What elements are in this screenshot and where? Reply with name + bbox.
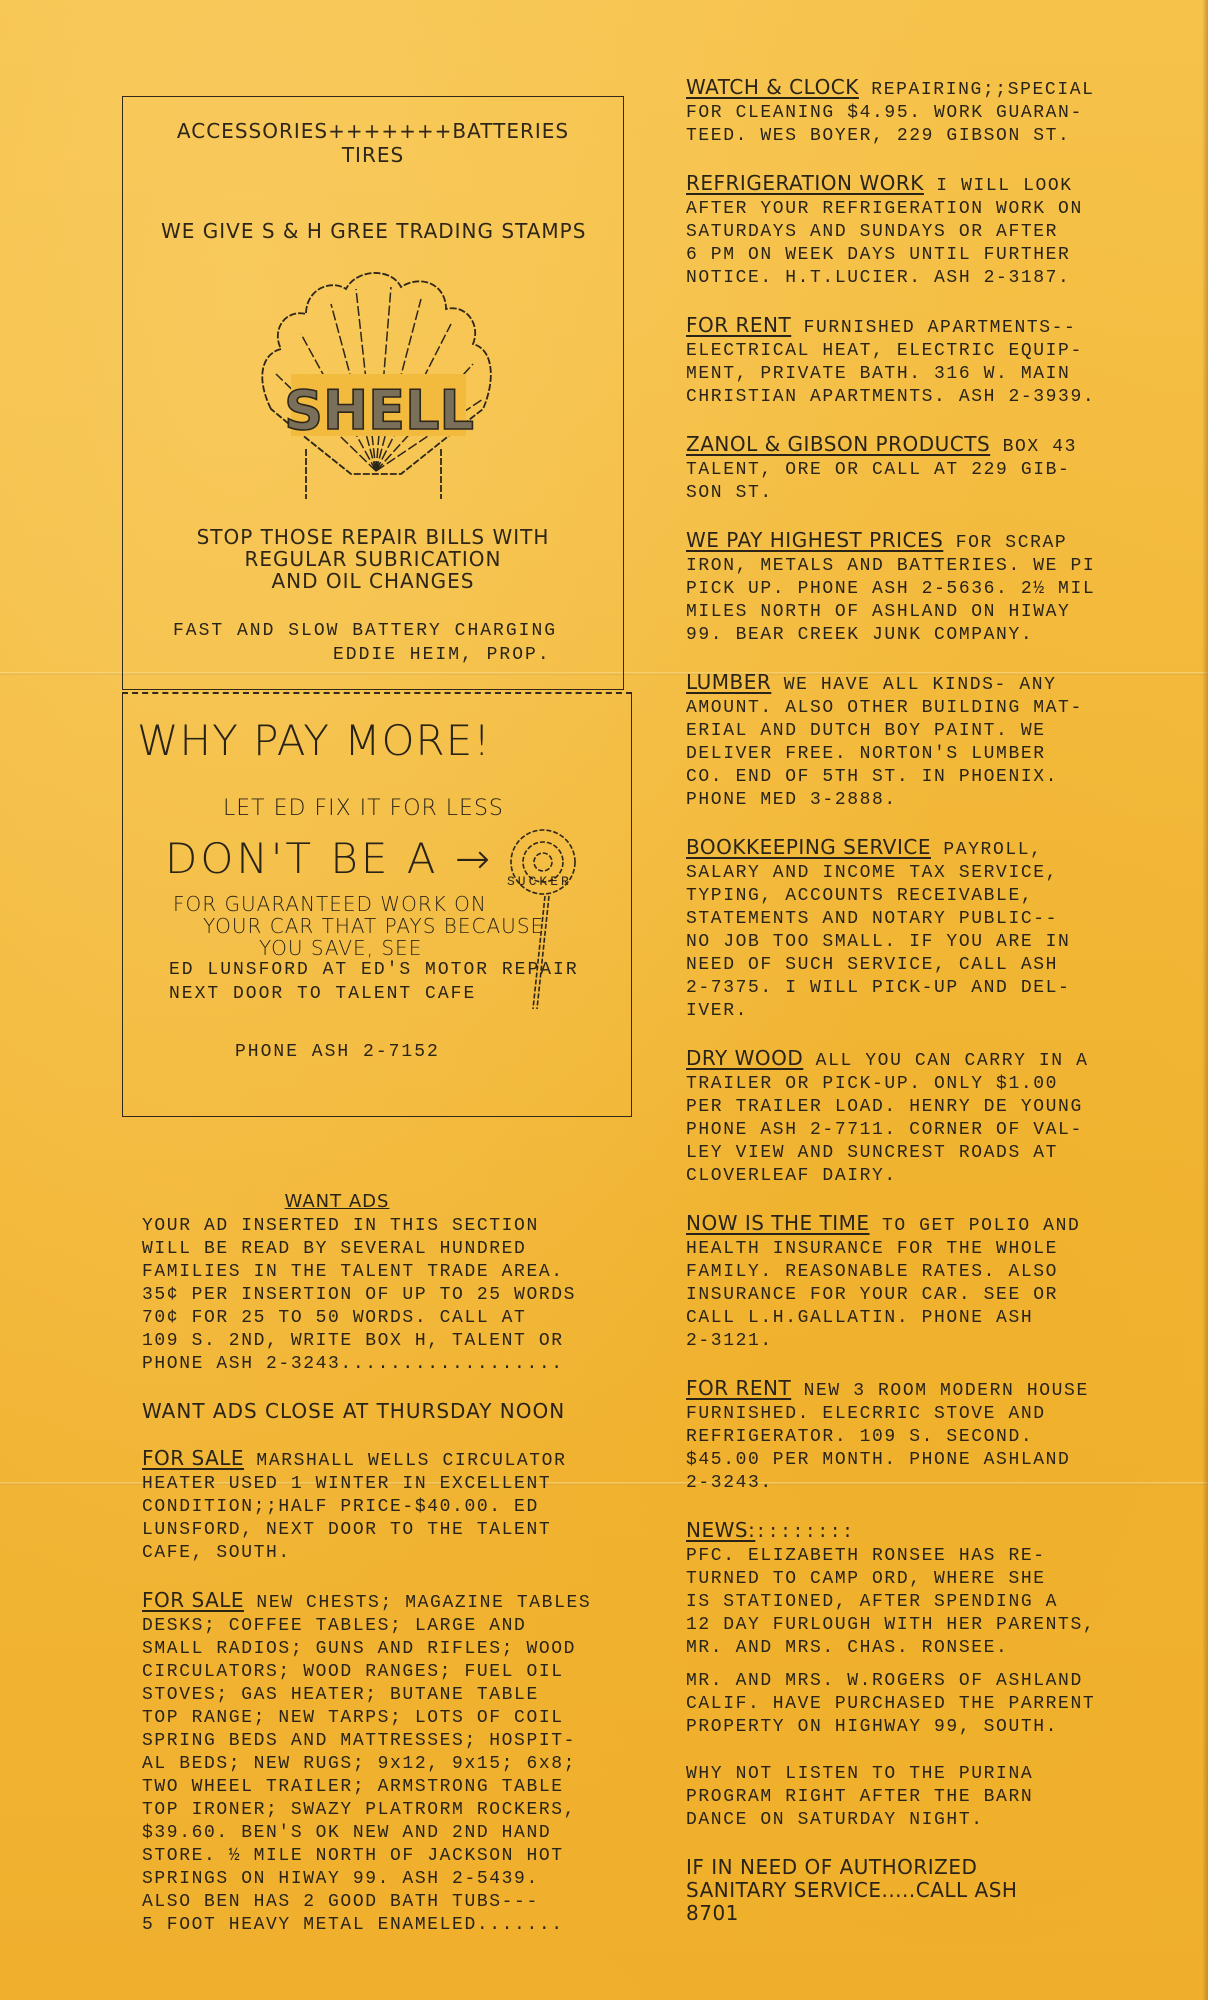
classified-ad: BOOKKEEPING SERVICE PAYROLL, SALARY AND … [686,836,1186,1023]
news-item: MR. AND MRS. W.ROGERS OF ASHLAND CALIF. … [686,1670,1186,1739]
want-ads-title: WANT ADS [142,1190,652,1213]
want-ads-deadline: WANT ADS CLOSE AT THURSDAY NOON [142,1400,652,1423]
shell-logo-icon: SHELL [251,259,501,499]
you-save-line: YOU SAVE, SEE [259,936,422,960]
classified-ad: FOR SALE MARSHALL WELLS CIRCULATOR HEATE… [142,1447,652,1565]
ad-heading: NOW IS THE TIME [686,1211,870,1235]
classified-ad: FOR RENT NEW 3 ROOM MODERN HOUSE FURNISH… [686,1377,1186,1495]
phone-line: PHONE ASH 2-7152 [235,1042,440,1062]
ad-text: PAYROLL, SALARY AND INCOME TAX SERVICE, … [686,840,1070,1021]
want-ads-section: WANT ADS YOUR AD INSERTED IN THIS SECTIO… [142,1190,652,1961]
ad-heading: REFRIGERATION WORK [686,171,924,195]
ad-text: TO GET POLIO AND HEALTH INSURANCE FOR TH… [686,1216,1080,1351]
ad-heading: LUMBER [686,670,771,694]
paper-edge [1202,0,1208,2000]
next-door-line: NEXT DOOR TO TALENT CAFE [169,984,476,1004]
news-item: WHY NOT LISTEN TO THE PURINA PROGRAM RIG… [686,1763,1186,1832]
ad-heading: FOR SALE [142,1588,244,1612]
shell-station-ad: ACCESSORIES+++++++BATTERIES TIRES WE GIV… [122,96,624,690]
let-ed-fix-line: LET ED FIX IT FOR LESS [223,796,504,821]
eds-motor-repair-ad: WHY PAY MORE! LET ED FIX IT FOR LESS DON… [122,692,632,1117]
classified-ad: ZANOL & GIBSON PRODUCTS BOX 43 TALENT, O… [686,433,1186,505]
classified-ad: WATCH & CLOCK REPAIRING;;SPECIAL FOR CLE… [686,76,1186,148]
want-ads-intro: YOUR AD INSERTED IN THIS SECTION WILL BE… [142,1215,652,1376]
dont-be-a-line: DON'T BE A → [165,834,493,883]
guaranteed-work-line: FOR GUARANTEED WORK ON [173,892,487,916]
ad-text: ALL YOU CAN CARRY IN A TRAILER OR PICK-U… [686,1051,1089,1186]
classified-column-right: WATCH & CLOCK REPAIRING;;SPECIAL FOR CLE… [686,76,1186,1949]
trading-stamps-line: WE GIVE S & H GREE TRADING STAMPS [143,219,623,243]
proprietor-line: EDDIE HEIM, PROP. [333,645,551,665]
classified-ad: REFRIGERATION WORK I WILL LOOK AFTER YOU… [686,172,1186,290]
battery-charging-line: FAST AND SLOW BATTERY CHARGING [173,621,557,641]
ed-lunsford-line: ED LUNSFORD AT ED'S MOTOR REPAIR [169,960,579,980]
ad-heading: FOR RENT [686,313,791,337]
classified-ad: LUMBER WE HAVE ALL KINDS- ANY AMOUNT. AL… [686,671,1186,812]
ad-heading: FOR SALE [142,1446,244,1470]
ad-heading: ZANOL & GIBSON PRODUCTS [686,432,990,456]
news-dots: :::::::: [755,1523,854,1543]
shell-logo-text: SHELL [284,379,474,442]
oil-changes-line: AND OIL CHANGES [123,569,623,593]
tires-line: TIRES [123,143,623,167]
classified-ad: FOR SALE NEW CHESTS; MAGAZINE TABLES DES… [142,1589,652,1937]
ad-heading: WE PAY HIGHEST PRICES [686,528,943,552]
lubrication-line: REGULAR SUBRICATION [123,547,623,571]
classified-ad: DRY WOOD ALL YOU CAN CARRY IN A TRAILER … [686,1047,1186,1188]
classified-ad: NOW IS THE TIME TO GET POLIO AND HEALTH … [686,1212,1186,1353]
ad-heading: FOR RENT [686,1376,791,1400]
news-item: PFC. ELIZABETH RONSEE HAS RE- TURNED TO … [686,1546,1095,1658]
why-pay-more-headline: WHY PAY MORE! [137,716,491,765]
sanitary-service-notice: IF IN NEED OF AUTHORIZED SANITARY SERVIC… [686,1856,1186,1925]
ad-text: NEW CHESTS; MAGAZINE TABLES DESKS; COFFE… [142,1593,591,1935]
ad-heading: BOOKKEEPING SERVICE [686,835,931,859]
sucker-label: SUCKER [507,874,572,889]
classified-ad: FOR RENT FURNISHED APARTMENTS-- ELECTRIC… [686,314,1186,409]
ad-heading: WATCH & CLOCK [686,75,859,99]
repair-bills-line: STOP THOSE REPAIR BILLS WITH [123,525,623,549]
pays-because-line: YOUR CAR THAT PAYS BECAUSE [203,914,544,938]
ad-text: WE HAVE ALL KINDS- ANY AMOUNT. ALSO OTHE… [686,675,1083,810]
news-section: NEWS::::::::: PFC. ELIZABETH RONSEE HAS … [686,1519,1186,1660]
ad-heading: DRY WOOD [686,1046,803,1070]
accessories-line: ACCESSORIES+++++++BATTERIES [123,119,623,143]
news-heading: NEWS: [686,1518,755,1542]
classified-ad: WE PAY HIGHEST PRICES FOR SCRAP IRON, ME… [686,529,1186,647]
